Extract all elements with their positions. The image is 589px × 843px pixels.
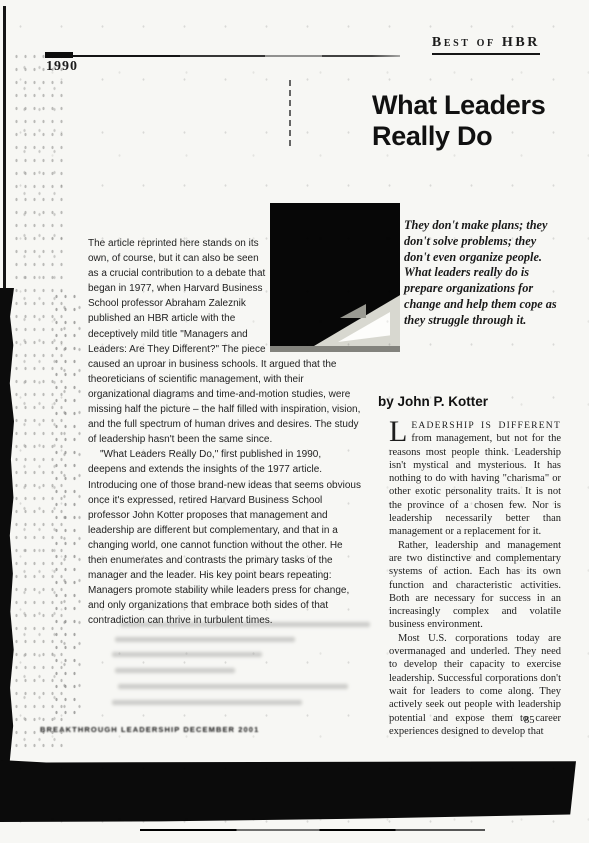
article-title: What Leaders Really Do [372,90,577,152]
body-paragraph-1: LEADERSHIP IS DIFFERENT from management,… [389,419,561,539]
scan-bottom-band [0,760,576,822]
body-paragraph-3: Most U.S. corporations today are overman… [389,632,561,738]
photo-wrap-spacer [270,236,362,354]
ghost-text-line [112,652,262,657]
pull-quote: They don't make plans; they don't solve … [404,218,564,329]
lead-in-caps: EADERSHIP IS DIFFERENT [411,420,561,431]
body-column: LEADERSHIP IS DIFFERENT from management,… [389,419,561,738]
scan-edge-strip [0,288,14,764]
ghost-text-line [118,684,348,689]
byline: by John P. Kotter [378,394,488,409]
body-paragraph-2: Rather, leadership and management are tw… [389,539,561,632]
intro-column: The article reprinted here stands on its… [88,236,362,628]
header-rule [45,55,400,57]
scan-fold-artifact [289,80,291,146]
scan-noise-left [12,50,64,756]
year-label: 1990 [46,59,78,75]
page-number: 85 [524,715,535,726]
hbr-banner: Best of HBR [432,35,540,55]
body-paragraph-1-text: from management, but not for the reasons… [389,433,561,537]
ghost-text-line [112,700,302,705]
scan-edge-line [3,6,6,298]
ghost-text-line [120,622,370,627]
scan-bottom-line [140,829,485,831]
scanned-article-page: Best of HBR 1990 What Leaders Really Do … [0,0,589,843]
scan-noise-margin [52,290,82,720]
drop-cap: L [389,419,411,444]
running-footer: BREAKTHROUGH LEADERSHIP DECEMBER 2001 [40,725,330,734]
intro-paragraph-2: "What Leaders Really Do," first publishe… [88,447,362,628]
ghost-text-line [115,668,235,673]
header-rule-thick-segment [45,52,73,58]
ghost-text-line [115,637,295,642]
